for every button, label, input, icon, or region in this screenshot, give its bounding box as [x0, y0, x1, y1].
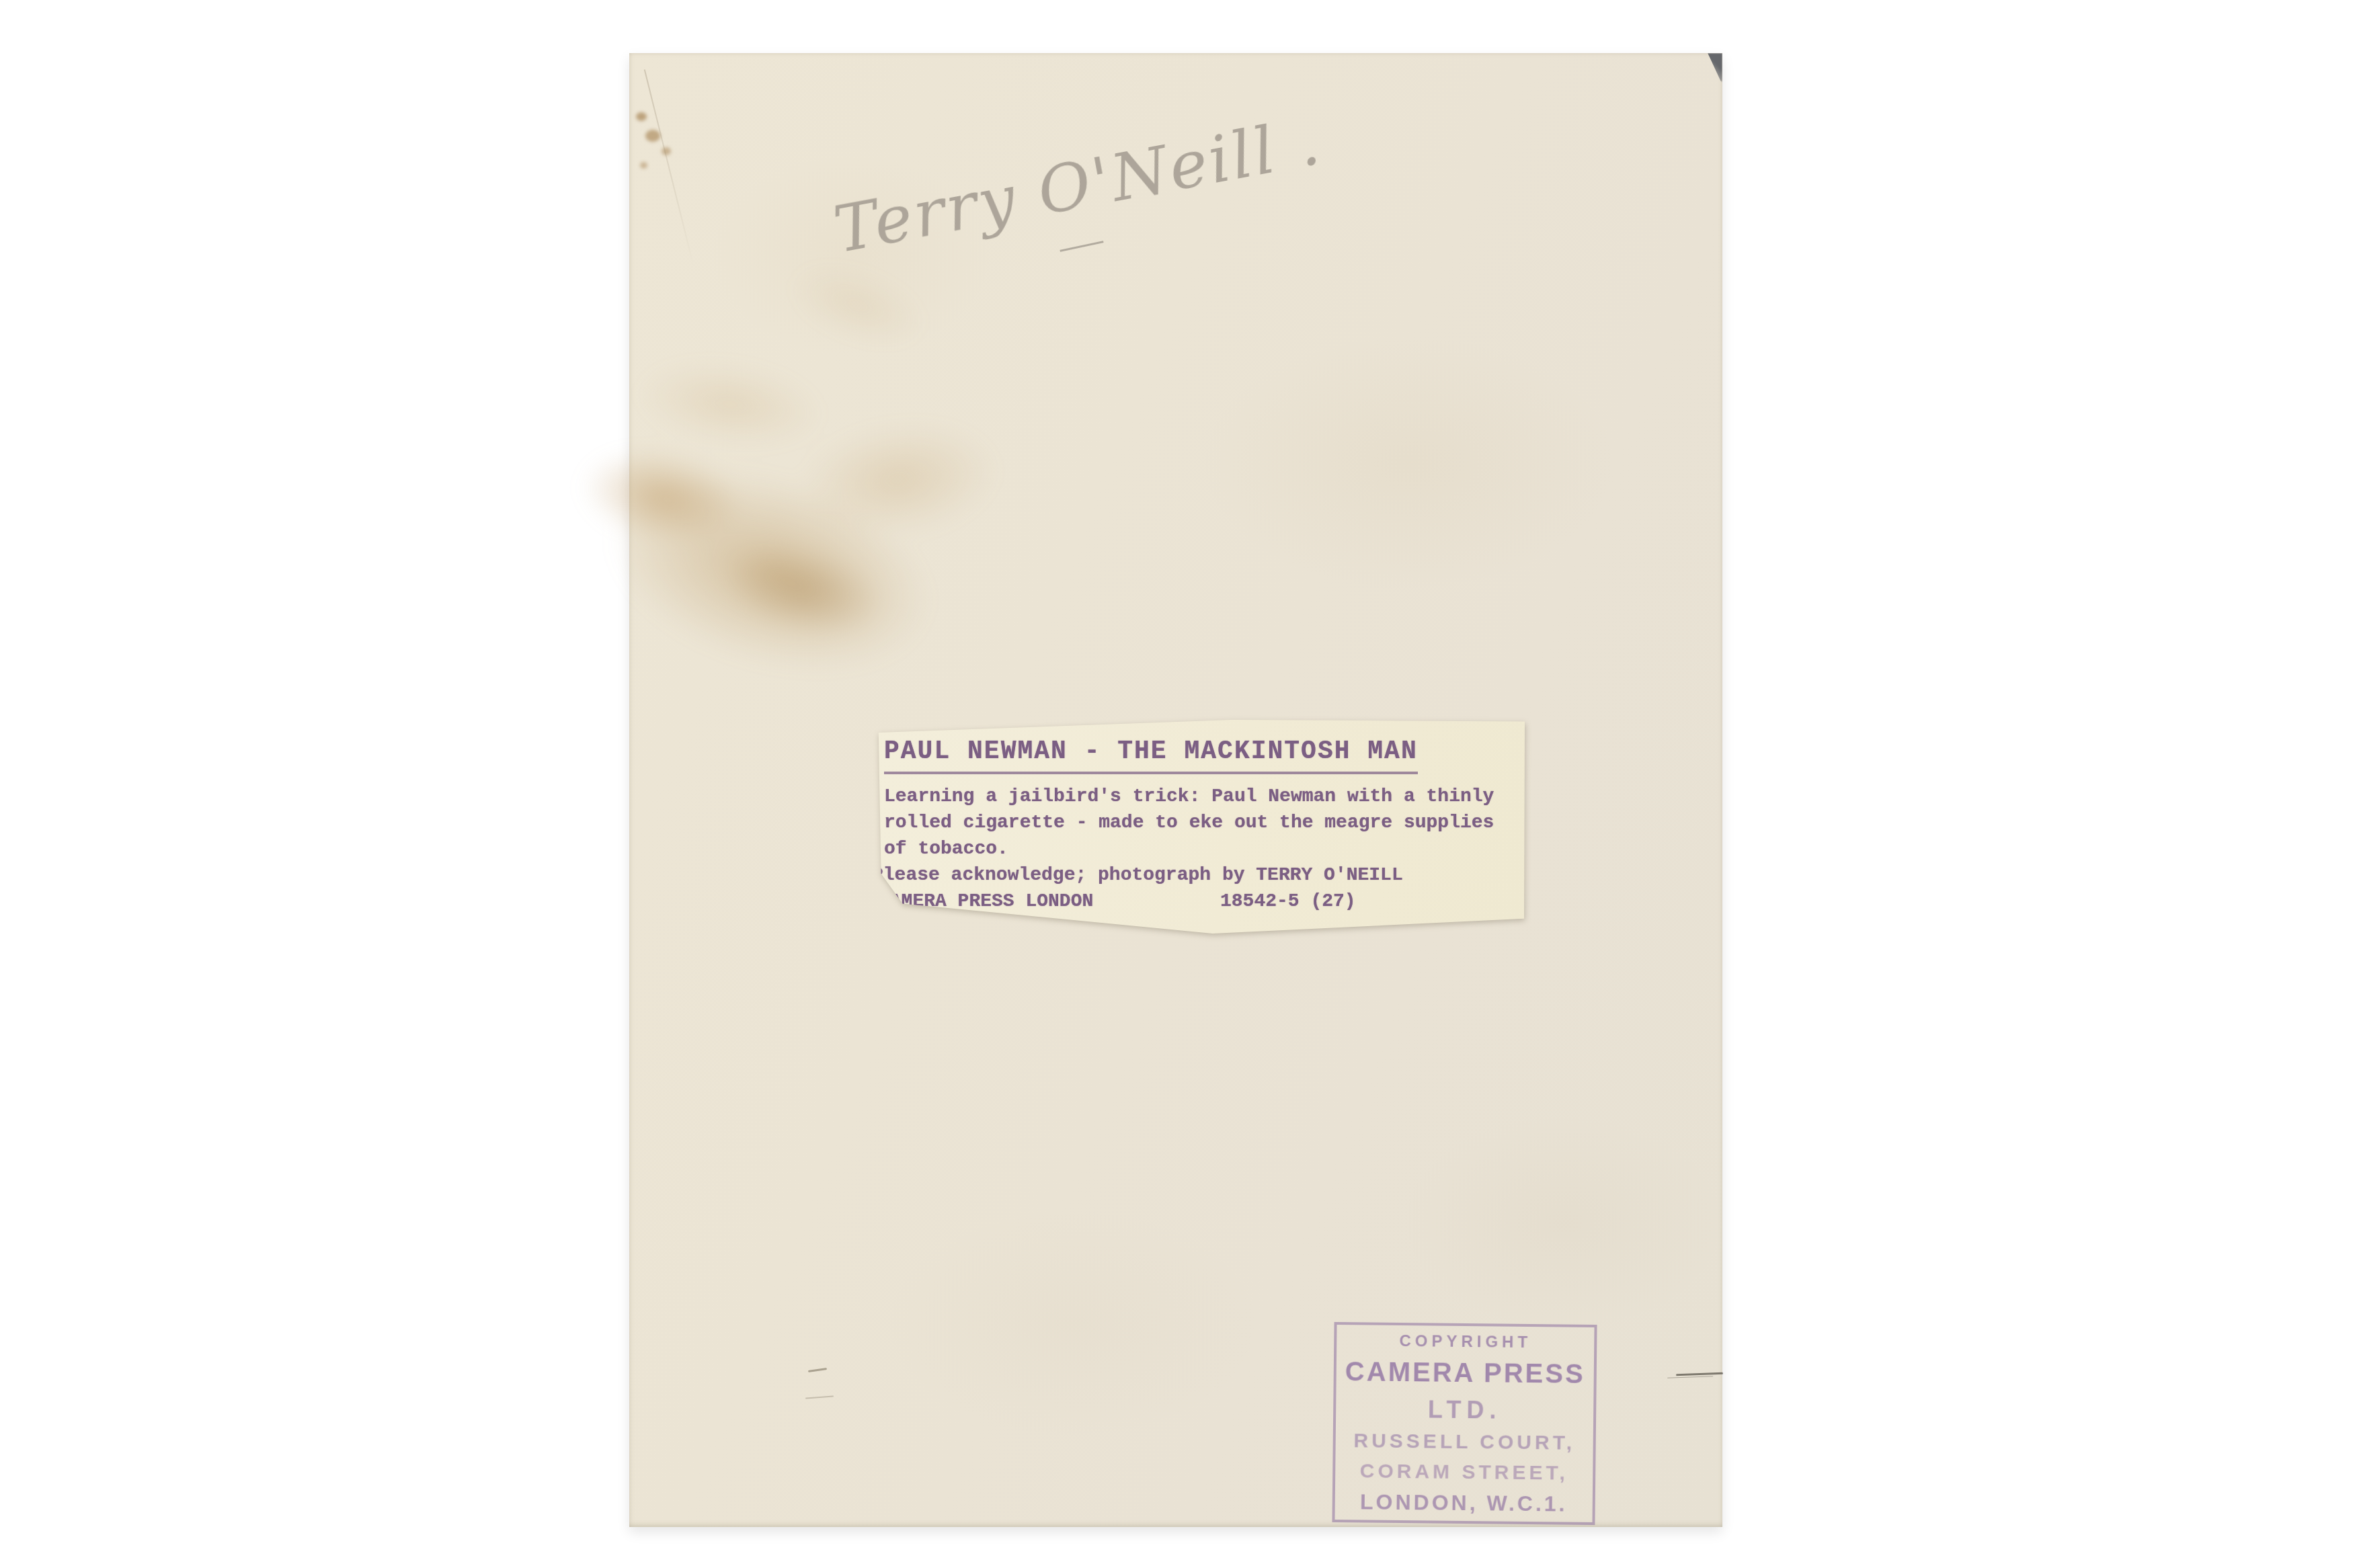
- stain-speck: [636, 112, 647, 121]
- caption-agency: CAMERA PRESS LONDON: [879, 891, 1093, 912]
- scratch-mark: [805, 1396, 834, 1399]
- copyright-stamp: COPYRIGHT CAMERA PRESS LTD. RUSSELL COUR…: [1332, 1322, 1597, 1525]
- stain-blob: [635, 354, 825, 455]
- stain-speck: [640, 162, 647, 169]
- caption-agency-row: CAMERA PRESS LONDON 18542-5 (27): [884, 889, 1515, 915]
- photo-verso-scan: Terry O'Neill . PAUL NEWMAN - THE MACKIN…: [0, 0, 2353, 1568]
- stamp-line-camera-press: CAMERA PRESS: [1345, 1358, 1585, 1391]
- scratch-mark-right-edge: [1676, 1372, 1723, 1376]
- caption-line-3: of tobacco.: [884, 836, 1515, 862]
- stain-blob: [590, 439, 951, 702]
- caption-title-row: PAUL NEWMAN - THE MACKINTOSH MAN: [884, 737, 1515, 774]
- caption-line-2: rolled cigarette - made to eke out the m…: [884, 810, 1515, 836]
- scratch-mark: [808, 1368, 827, 1372]
- caption-credit-line: Please acknowledge; photograph by TERRY …: [875, 862, 1515, 889]
- signature-underline-dash: [1060, 241, 1103, 252]
- caption-reference-number: 18542-5 (27): [1220, 889, 1356, 915]
- paper-mottle: [885, 1209, 1261, 1438]
- stain-speck: [645, 130, 660, 142]
- caption-title: PAUL NEWMAN - THE MACKINTOSH MAN: [884, 737, 1418, 774]
- stain-blob: [785, 254, 932, 357]
- paper-mottle: [1201, 335, 1618, 591]
- paper-mottle: [1402, 1115, 1725, 1330]
- caption-slip: PAUL NEWMAN - THE MACKINTOSH MAN Learnin…: [875, 720, 1525, 934]
- bent-corner: [1694, 53, 1722, 81]
- stamp-line-coram-street: CORAM STREET,: [1360, 1460, 1568, 1485]
- caption-slip-wrap: PAUL NEWMAN - THE MACKINTOSH MAN Learnin…: [875, 720, 1525, 934]
- caption-line-1: Learning a jailbird's trick: Paul Newman…: [884, 784, 1515, 810]
- stamp-line-copyright: COPYRIGHT: [1399, 1332, 1531, 1352]
- stain-blob: [713, 530, 896, 653]
- crease-line: [644, 69, 694, 265]
- stain-speck: [662, 147, 671, 155]
- stain-blob: [576, 440, 750, 554]
- photo-paper-back: Terry O'Neill . PAUL NEWMAN - THE MACKIN…: [629, 53, 1722, 1527]
- stamp-line-london: LONDON, W.C.1.: [1360, 1489, 1568, 1516]
- stamp-line-ltd: LTD.: [1428, 1395, 1502, 1424]
- photographer-signature: Terry O'Neill .: [828, 101, 1345, 268]
- stamp-line-russell-court: RUSSELL COURT,: [1353, 1430, 1575, 1454]
- stain-blob: [794, 413, 1002, 547]
